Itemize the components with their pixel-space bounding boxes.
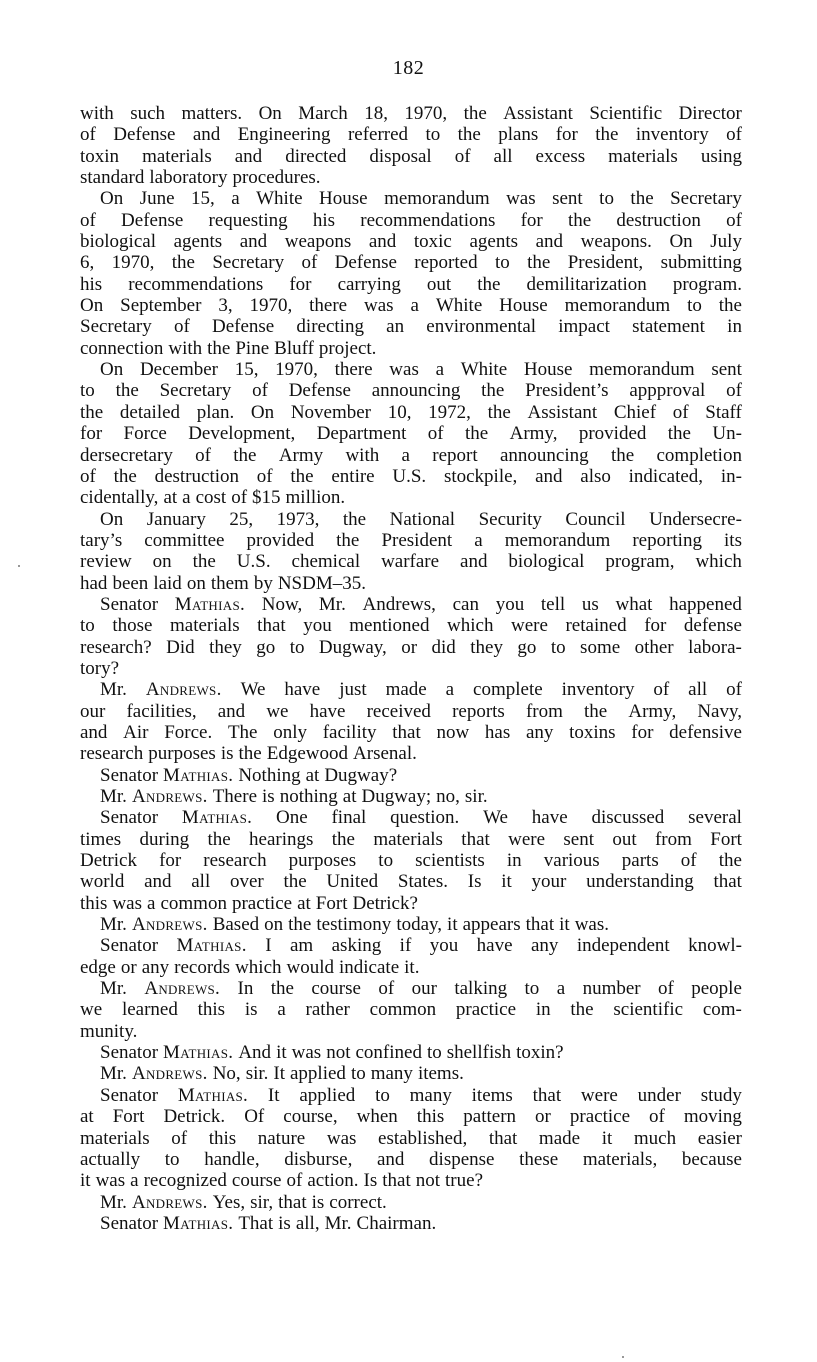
word: to bbox=[599, 188, 614, 209]
text-line: actuallytohandle,disburse,anddispensethe… bbox=[80, 1149, 742, 1170]
word: environmental bbox=[426, 316, 536, 337]
word: pattern bbox=[463, 1106, 516, 1127]
word: 1970, bbox=[249, 295, 292, 316]
text-line: ofthedestructionoftheentireU.S.stockpile… bbox=[80, 466, 742, 487]
word: States. bbox=[398, 871, 448, 892]
word: Dugway, bbox=[319, 637, 387, 658]
word: the bbox=[283, 871, 306, 892]
word: a bbox=[474, 530, 482, 551]
word: appears bbox=[463, 914, 521, 935]
speaker-name: Andrews. bbox=[132, 1192, 208, 1213]
word: Dugway? bbox=[324, 765, 397, 786]
word: there bbox=[335, 359, 373, 380]
word: White bbox=[436, 295, 482, 316]
word: these bbox=[519, 1149, 558, 1170]
word: also bbox=[580, 466, 611, 487]
word: laboratory bbox=[149, 167, 227, 188]
word: laid bbox=[153, 573, 182, 594]
word: only bbox=[273, 722, 307, 743]
word: practice bbox=[570, 1106, 630, 1127]
word: the bbox=[114, 466, 137, 487]
word: 15, bbox=[191, 188, 215, 209]
word: for bbox=[556, 124, 578, 145]
word: all bbox=[688, 679, 707, 700]
word: impact bbox=[558, 316, 610, 337]
word: the bbox=[271, 978, 294, 999]
word: the bbox=[336, 530, 359, 551]
word: this bbox=[417, 1106, 444, 1127]
word: been bbox=[112, 573, 148, 594]
word: toxic bbox=[414, 231, 452, 252]
word: Yes, bbox=[213, 1192, 245, 1213]
word: inventory bbox=[562, 679, 635, 700]
word: tary’s bbox=[80, 530, 122, 551]
word: of bbox=[80, 210, 96, 231]
word: parts bbox=[622, 850, 659, 871]
word: to bbox=[525, 978, 540, 999]
word: not bbox=[326, 1042, 350, 1063]
word: to bbox=[551, 637, 566, 658]
testimony-paragraph: Mr.Andrews.Basedonthetestimonytoday,itap… bbox=[80, 914, 742, 935]
word: in bbox=[536, 999, 551, 1020]
word: on bbox=[153, 551, 172, 572]
word: and bbox=[144, 871, 171, 892]
word: Pine bbox=[235, 338, 269, 359]
word: with bbox=[168, 338, 202, 359]
word: facilities, bbox=[126, 701, 196, 722]
word: those bbox=[112, 615, 152, 636]
testimony-paragraph: SenatorMathias.NothingatDugway? bbox=[80, 765, 742, 786]
word: announcing bbox=[372, 380, 461, 401]
speaker-name: Mathias. bbox=[163, 1213, 233, 1234]
word: the bbox=[719, 850, 742, 871]
word: Andrews, bbox=[363, 594, 436, 615]
text-line: SenatorMathias.Thatisall,Mr.Chairman. bbox=[80, 1213, 742, 1234]
text-line: ofDefenserequestinghisrecommendationsfor… bbox=[80, 210, 742, 231]
text-line: Mr.Andrews.No,sir.Itappliedtomanyitems. bbox=[80, 1063, 742, 1084]
speaker-name: Mathias. bbox=[175, 594, 245, 615]
word: of bbox=[428, 423, 444, 444]
word: million. bbox=[286, 487, 346, 508]
word: Chief bbox=[614, 402, 656, 423]
word: December bbox=[140, 359, 218, 380]
word: United bbox=[326, 871, 378, 892]
word: labora- bbox=[688, 637, 742, 658]
speaker-name: Mathias. bbox=[182, 807, 252, 828]
word: program. bbox=[673, 274, 742, 295]
word: Is bbox=[364, 1170, 378, 1191]
word: any bbox=[526, 722, 553, 743]
word: Arsenal. bbox=[353, 743, 417, 764]
testimony-paragraph: SenatorMathias.Iamaskingifyouhaveanyinde… bbox=[80, 935, 742, 978]
word: Now, bbox=[262, 594, 302, 615]
word: and bbox=[218, 701, 245, 722]
word: of bbox=[171, 1128, 187, 1149]
word: them bbox=[211, 573, 249, 594]
word: our bbox=[80, 701, 105, 722]
word: the bbox=[527, 252, 550, 273]
word: scientists bbox=[415, 850, 485, 871]
word: has bbox=[485, 722, 510, 743]
word: of bbox=[252, 380, 268, 401]
word: items bbox=[472, 1085, 513, 1106]
word: Director bbox=[679, 103, 742, 124]
word: for bbox=[631, 722, 653, 743]
word: Fort bbox=[113, 1106, 145, 1127]
word: connection bbox=[80, 338, 163, 359]
word: you bbox=[303, 615, 332, 636]
word: and bbox=[377, 1149, 404, 1170]
word: disposal bbox=[369, 146, 431, 167]
word: confined bbox=[355, 1042, 421, 1063]
word: Assistant bbox=[503, 103, 573, 124]
word: On bbox=[259, 103, 282, 124]
word: No, bbox=[213, 1063, 241, 1084]
word: were bbox=[581, 1085, 618, 1106]
word: which bbox=[447, 615, 493, 636]
word: On bbox=[251, 402, 274, 423]
speaker-name: Andrews. bbox=[132, 1063, 208, 1084]
word: Force bbox=[124, 423, 167, 444]
word: you bbox=[430, 935, 459, 956]
word: indicated, bbox=[629, 466, 703, 487]
word: Of bbox=[244, 1106, 264, 1127]
word: of bbox=[726, 124, 742, 145]
word: materials bbox=[142, 146, 212, 167]
word: Development, bbox=[188, 423, 295, 444]
word: was bbox=[112, 893, 142, 914]
word: and bbox=[80, 722, 107, 743]
word: was bbox=[506, 188, 536, 209]
testimony-paragraph: Mr.Andrews.Inthecourseofourtalkingtoanum… bbox=[80, 978, 742, 1042]
word: of bbox=[681, 850, 697, 871]
word: Defense bbox=[289, 380, 351, 401]
word: the bbox=[172, 252, 195, 273]
word: is bbox=[312, 1192, 325, 1213]
word: were bbox=[508, 829, 545, 850]
word: world bbox=[80, 871, 124, 892]
word: its bbox=[724, 530, 742, 551]
word: established, bbox=[378, 1128, 467, 1149]
word: under bbox=[638, 1085, 681, 1106]
word: House bbox=[499, 295, 548, 316]
word: or bbox=[401, 637, 417, 658]
word: that bbox=[257, 615, 286, 636]
word: On bbox=[100, 509, 123, 530]
word: that bbox=[382, 1170, 411, 1191]
text-line: Mr.Andrews.Basedonthetestimonytoday,itap… bbox=[80, 914, 742, 935]
word: actually bbox=[80, 1149, 140, 1170]
word: for bbox=[644, 615, 666, 636]
text-line: standardlaboratoryprocedures. bbox=[80, 167, 742, 188]
word: us bbox=[582, 594, 599, 615]
word: of bbox=[257, 466, 273, 487]
word: Detrick. bbox=[163, 1106, 225, 1127]
word: course bbox=[232, 1170, 282, 1191]
text-line: researchpurposesistheEdgewoodArsenal. bbox=[80, 743, 742, 764]
word: that bbox=[392, 722, 421, 743]
scan-speck bbox=[622, 1356, 624, 1358]
speaker-title: Mr. bbox=[100, 978, 127, 999]
word: U.S. bbox=[392, 466, 426, 487]
word: recommendations bbox=[360, 210, 495, 231]
word: Army, bbox=[510, 423, 558, 444]
testimony-paragraph: Mr.Andrews.ThereisnothingatDugway;no,sir… bbox=[80, 786, 742, 807]
word: reports bbox=[452, 701, 505, 722]
word: munity. bbox=[80, 1021, 137, 1042]
word: in bbox=[507, 850, 522, 871]
word: President bbox=[381, 530, 452, 551]
word: It bbox=[268, 1085, 280, 1106]
speaker-title: Mr. bbox=[100, 679, 127, 700]
word: matters. bbox=[181, 103, 242, 124]
word: Is bbox=[468, 871, 482, 892]
speaker-name: Mathias. bbox=[163, 1042, 233, 1063]
word: sent bbox=[563, 829, 594, 850]
word: have bbox=[477, 935, 513, 956]
text-line: hisrecommendationsforcarryingoutthedemil… bbox=[80, 274, 742, 295]
word: And bbox=[238, 1042, 271, 1063]
word: at bbox=[163, 487, 177, 508]
word: submitting bbox=[661, 252, 742, 273]
word: the bbox=[288, 914, 311, 935]
word: to bbox=[425, 124, 440, 145]
word: and bbox=[235, 146, 262, 167]
word: It bbox=[273, 1063, 285, 1084]
word: materials bbox=[608, 146, 678, 167]
word: which bbox=[235, 957, 281, 978]
word: destruction bbox=[616, 210, 700, 231]
word: to bbox=[290, 637, 305, 658]
word: of bbox=[195, 445, 211, 466]
text-line: withsuchmatters.OnMarch18,1970,theAssist… bbox=[80, 103, 742, 124]
word: of bbox=[231, 487, 247, 508]
text-line: forForceDevelopment,DepartmentoftheArmy,… bbox=[80, 423, 742, 444]
word: Dugway; bbox=[361, 786, 431, 807]
testimony-paragraph: SenatorMathias.Anditwasnotconfinedtoshel… bbox=[80, 1042, 742, 1063]
text-line: connectionwiththePineBluffproject. bbox=[80, 338, 742, 359]
word: is bbox=[262, 786, 275, 807]
word: stockpile, bbox=[444, 466, 517, 487]
word: Undersecre- bbox=[649, 509, 742, 530]
word: of bbox=[301, 252, 317, 273]
text-line: cidentally,atacostof$15million. bbox=[80, 487, 742, 508]
word: July bbox=[710, 231, 742, 252]
word: or bbox=[535, 1106, 551, 1127]
word: 15, bbox=[235, 359, 259, 380]
word: the bbox=[488, 402, 511, 423]
word: 25, bbox=[229, 509, 253, 530]
text-line: reviewontheU.S.chemicalwarfareandbiologi… bbox=[80, 551, 742, 572]
word: a bbox=[436, 359, 444, 380]
word: March bbox=[298, 103, 348, 124]
text-line: worldandallovertheUnitedStates.Isityouru… bbox=[80, 871, 742, 892]
word: On bbox=[669, 231, 692, 252]
word: Army, bbox=[628, 701, 676, 722]
word: cost bbox=[196, 487, 227, 508]
word: Nothing bbox=[238, 765, 300, 786]
word: biological bbox=[80, 231, 156, 252]
word: purposes bbox=[289, 850, 357, 871]
text-line: toxinmaterialsanddirecteddisposalofallex… bbox=[80, 146, 742, 167]
word: the bbox=[465, 423, 488, 444]
word: disburse, bbox=[284, 1149, 352, 1170]
speaker-title: Senator bbox=[100, 935, 158, 956]
text-line: tory? bbox=[80, 658, 742, 679]
word: sent bbox=[552, 188, 583, 209]
word: 10, bbox=[388, 402, 412, 423]
word: a bbox=[147, 893, 155, 914]
word: a bbox=[446, 679, 454, 700]
speaker-title: Mr. bbox=[100, 786, 127, 807]
word: Defense bbox=[121, 210, 183, 231]
word: review bbox=[80, 551, 132, 572]
word: White bbox=[256, 188, 302, 209]
word: this bbox=[198, 999, 225, 1020]
word: the bbox=[719, 295, 742, 316]
word: There bbox=[213, 786, 257, 807]
word: in- bbox=[721, 466, 742, 487]
word: the bbox=[668, 423, 691, 444]
word: many bbox=[371, 1063, 413, 1084]
word: National bbox=[390, 509, 455, 530]
word: weapons. bbox=[581, 231, 652, 252]
word: if bbox=[400, 935, 412, 956]
word: of bbox=[726, 210, 742, 231]
word: a bbox=[182, 487, 190, 508]
word: $15 bbox=[252, 487, 281, 508]
word: am bbox=[290, 935, 313, 956]
word: warfare bbox=[381, 551, 439, 572]
word: would bbox=[287, 957, 335, 978]
word: had bbox=[80, 573, 107, 594]
word: course, bbox=[283, 1106, 337, 1127]
word: the bbox=[239, 743, 262, 764]
word: toxins bbox=[569, 722, 615, 743]
word: rather bbox=[306, 999, 350, 1020]
word: report bbox=[432, 445, 477, 466]
speaker-name: Andrews. bbox=[132, 786, 208, 807]
word: many bbox=[410, 1085, 452, 1106]
word: moving bbox=[684, 1106, 742, 1127]
text-line: thedetailedplan.OnNovember10,1972,theAss… bbox=[80, 402, 742, 423]
word: was. bbox=[575, 914, 609, 935]
word: have bbox=[284, 679, 320, 700]
word: Based bbox=[213, 914, 259, 935]
word: Army bbox=[279, 445, 323, 466]
word: some bbox=[580, 637, 620, 658]
word: have bbox=[310, 701, 346, 722]
text-line: timesduringthehearingsthematerialsthatwe… bbox=[80, 829, 742, 850]
word: 1973, bbox=[277, 509, 320, 530]
word: learned bbox=[122, 999, 178, 1020]
word: appproval bbox=[629, 380, 705, 401]
word: to bbox=[80, 615, 95, 636]
word: Engineering bbox=[238, 124, 331, 145]
word: the bbox=[595, 124, 618, 145]
word: House bbox=[524, 359, 573, 380]
word: to bbox=[165, 1149, 180, 1170]
word: asking bbox=[332, 935, 382, 956]
word: November bbox=[291, 402, 371, 423]
word: and bbox=[460, 551, 487, 572]
speaker-title: Senator bbox=[100, 765, 158, 786]
word: 3, bbox=[218, 295, 232, 316]
word: a bbox=[130, 1170, 138, 1191]
word: of bbox=[653, 679, 669, 700]
word: other bbox=[635, 637, 674, 658]
word: plans bbox=[498, 124, 538, 145]
word: memorandum bbox=[505, 530, 611, 551]
text-line: totheSecretaryofDefenseannouncingthePres… bbox=[80, 380, 742, 401]
word: recommendations bbox=[128, 274, 263, 295]
word: his bbox=[313, 210, 335, 231]
testimony-paragraph: Mr.Andrews.Wehavejustmadeacompleteinvent… bbox=[80, 679, 742, 764]
testimony-paragraph: SenatorMathias.Now,Mr.Andrews,canyoutell… bbox=[80, 594, 742, 679]
word: procedures. bbox=[232, 167, 320, 188]
word: common bbox=[370, 999, 437, 1020]
speaker-title: Senator bbox=[100, 807, 158, 828]
word: items. bbox=[418, 1063, 464, 1084]
text-line: 6,1970,theSecretaryofDefensereportedtoth… bbox=[80, 252, 742, 273]
word: the bbox=[290, 466, 313, 487]
word: Secretary bbox=[80, 316, 152, 337]
word: of bbox=[174, 316, 190, 337]
word: during bbox=[140, 829, 190, 850]
word: of bbox=[455, 146, 471, 167]
text-line: OnJune15,aWhiteHousememorandumwassenttot… bbox=[80, 188, 742, 209]
word: or bbox=[121, 957, 137, 978]
word: final bbox=[331, 807, 366, 828]
word: President’s bbox=[525, 380, 608, 401]
word: The bbox=[228, 722, 258, 743]
word: no, bbox=[436, 786, 460, 807]
word: an bbox=[386, 316, 404, 337]
word: com- bbox=[703, 999, 742, 1020]
word: question. bbox=[390, 807, 459, 828]
word: toxin bbox=[80, 146, 119, 167]
word: September bbox=[120, 295, 201, 316]
word: sent bbox=[711, 359, 742, 380]
text-line: materialsofthisnaturewasestablished,that… bbox=[80, 1128, 742, 1149]
word: was bbox=[292, 1042, 322, 1063]
word: of bbox=[673, 402, 689, 423]
word: was bbox=[389, 359, 419, 380]
word: of bbox=[726, 679, 742, 700]
word: at bbox=[343, 786, 357, 807]
body-paragraph: withsuchmatters.OnMarch18,1970,theAssist… bbox=[80, 103, 742, 188]
word: that bbox=[489, 1128, 518, 1149]
speaker-name: Mathias. bbox=[176, 935, 246, 956]
word: of bbox=[80, 466, 96, 487]
text-line: hadbeenlaidonthembyNSDM–35. bbox=[80, 573, 742, 594]
word: shellfish bbox=[447, 1042, 511, 1063]
word: of bbox=[649, 1106, 665, 1127]
word: for bbox=[289, 274, 311, 295]
text-line: ourfacilities,andwehavereceivedreportsfr… bbox=[80, 701, 742, 722]
word: not bbox=[416, 1170, 440, 1191]
word: announcing bbox=[500, 445, 589, 466]
word: this bbox=[80, 893, 107, 914]
word: indicate bbox=[339, 957, 399, 978]
speaker-title: Senator bbox=[100, 594, 158, 615]
word: his bbox=[80, 274, 102, 295]
word: received bbox=[367, 701, 431, 722]
word: and bbox=[536, 231, 563, 252]
text-line: SenatorMathias.Now,Mr.Andrews,canyoutell… bbox=[80, 594, 742, 615]
word: it bbox=[276, 1042, 287, 1063]
text-line: Detrickforresearchpurposestoscientistsin… bbox=[80, 850, 742, 871]
